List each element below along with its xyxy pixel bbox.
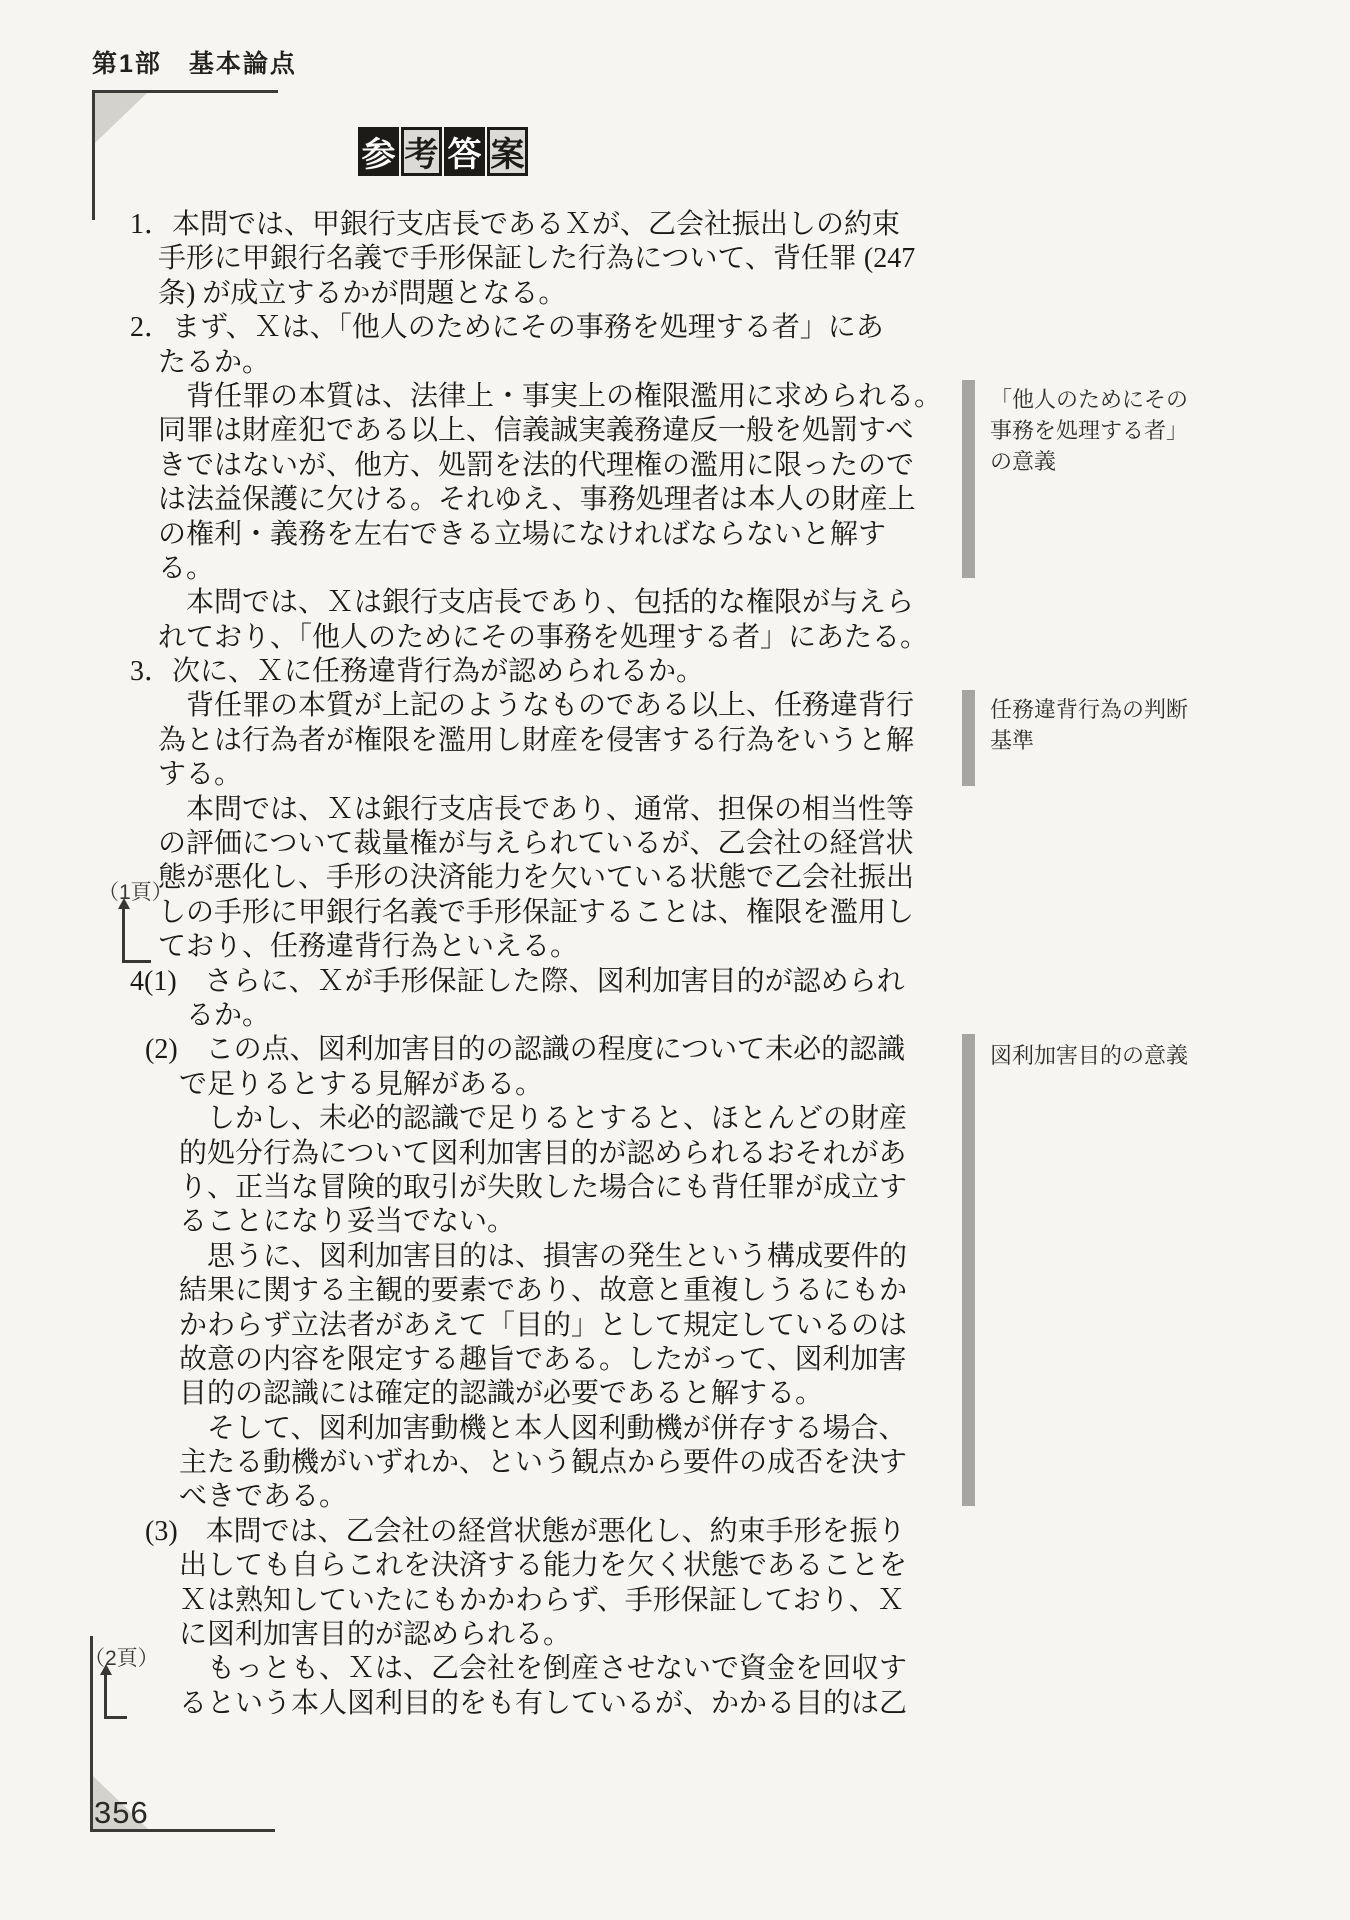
top-corner-rule-vertical	[92, 90, 95, 220]
body-line: 本問では、Ｘは銀行支店長であり、通常、担保の相当性等	[186, 793, 810, 827]
body-line: ており、任務違背行為といえる。	[158, 930, 810, 964]
body-line: 為とは行為者が権限を濫用し財産を侵害する行為をいうと解	[158, 724, 810, 758]
margin-note: 「他人のためにその 事務を処理する者」 の意義	[990, 384, 1200, 477]
body-line: 背任罪の本質は、法律上・事実上の権限濫用に求められる。	[186, 380, 810, 414]
body-line: かわらず立法者があえて「目的」として規定しているのは	[179, 1309, 810, 1343]
body-line: 的処分行為について図利加害目的が認められるおそれがあ	[179, 1137, 810, 1171]
chapter-header: 第1部 基本論点	[92, 44, 297, 80]
page-break-marker: （2頁）	[84, 1642, 159, 1672]
body-line: 2．まず、Ｘは、「他人のためにその事務を処理する者」にあ	[130, 311, 810, 345]
body-line: の評価について裁量権が与えられているが、乙会社の経営状	[158, 827, 810, 861]
body-line: 背任罪の本質が上記のようなものである以上、任務違背行	[186, 689, 810, 723]
page-break-arrow	[104, 1674, 127, 1719]
body-line: 3．次に、Ｘに任務違背行為が認められるか。	[130, 655, 810, 689]
body-line: きではないが、他方、処罰を法的代理権の濫用に限ったので	[158, 449, 810, 483]
body-line: 主たる動機がいずれか、という観点から要件の成否を決す	[179, 1446, 810, 1480]
margin-note-line: 事務を処理する者」	[990, 415, 1200, 446]
book-page: 第1部 基本論点 参 考 答 案 1．本問では、甲銀行支店長であるＸが、乙会社振…	[0, 0, 1350, 1920]
page-number: 356	[94, 1795, 149, 1831]
body-line: そして、図利加害動機と本人図利動機が併存する場合、	[207, 1412, 810, 1446]
body-line: 同罪は財産犯である以上、信義誠実義務違反一般を処罰すべ	[158, 414, 810, 448]
margin-note-line: の意義	[990, 446, 1200, 477]
title-char-box: 参	[358, 127, 399, 176]
body-line: 故意の内容を限定する趣旨である。したがって、図利加害	[179, 1343, 810, 1377]
page-break-marker: （1頁）	[98, 876, 173, 906]
title-char-box: 考	[401, 127, 442, 176]
body-line: もっとも、Ｘは、乙会社を倒産させないで資金を回収す	[207, 1652, 810, 1686]
body-line: しの手形に甲銀行名義で手形保証することは、権限を濫用し	[158, 896, 810, 930]
body-line: べきである。	[179, 1480, 810, 1514]
answer-body: 1．本問では、甲銀行支店長であるＸが、乙会社振出しの約束 手形に甲銀行名義で手形…	[130, 208, 810, 1721]
body-line: 条) が成立するかが問題となる。	[158, 277, 810, 311]
margin-note-bar	[962, 380, 975, 578]
body-line: する。	[158, 758, 810, 792]
top-corner-rule-horizontal	[92, 90, 278, 93]
body-line: は法益保護に欠ける。それゆえ、事務処理者は本人の財産上	[158, 483, 810, 517]
body-line: 目的の認識には確定的認識が必要であると解する。	[179, 1377, 810, 1411]
body-line: るか。	[186, 999, 810, 1033]
margin-note-line: 任務違背行為の判断	[990, 694, 1200, 725]
body-line: り、正当な冒険的取引が失敗した場合にも背任罪が成立す	[179, 1171, 810, 1205]
body-line: 結果に関する主観的要素であり、故意と重複しうるにもか	[179, 1274, 810, 1308]
bottom-corner-rule-vertical	[90, 1636, 93, 1832]
margin-note: 任務違背行為の判断 基準	[990, 694, 1200, 756]
body-line: ることになり妥当でない。	[179, 1205, 810, 1239]
body-line: の権利・義務を左右できる立場になければならないと解す	[158, 518, 810, 552]
body-line: たるか。	[158, 346, 810, 380]
title-char-box: 答	[444, 127, 485, 176]
body-line: 出しても自らこれを決済する能力を欠く状態であることを	[179, 1549, 810, 1583]
body-line: で足りるとする見解がある。	[179, 1068, 810, 1102]
title-char-box: 案	[487, 127, 528, 176]
body-line: る。	[158, 552, 810, 586]
margin-note-line: 「他人のためにその	[990, 384, 1200, 415]
page-break-arrow	[122, 908, 151, 963]
top-corner-triangle	[95, 93, 147, 143]
margin-note-bar	[962, 1034, 975, 1506]
body-line: るという本人図利目的をも有しているが、かかる目的は乙	[179, 1687, 810, 1721]
body-line: 思うに、図利加害目的は、損害の発生という構成要件的	[207, 1240, 810, 1274]
body-line: (3) 本問では、乙会社の経営状態が悪化し、約束手形を振り	[145, 1515, 810, 1549]
reference-answer-title: 参 考 答 案	[358, 127, 528, 176]
body-line: Ｘは熟知していたにもかかわらず、手形保証しており、Ｘ	[179, 1584, 810, 1618]
margin-note-line: 基準	[990, 725, 1200, 756]
body-line: 態が悪化し、手形の決済能力を欠いている状態で乙会社振出	[158, 861, 810, 895]
body-line: 4(1) さらに、Ｘが手形保証した際、図利加害目的が認められ	[130, 965, 810, 999]
body-line: 本問では、Ｘは銀行支店長であり、包括的な権限が与えら	[186, 586, 810, 620]
body-line: に図利加害目的が認められる。	[179, 1618, 810, 1652]
margin-note-bar	[962, 690, 975, 786]
body-line: しかし、未必的認識で足りるとすると、ほとんどの財産	[207, 1102, 810, 1136]
body-line: 手形に甲銀行名義で手形保証した行為について、背任罪 (247	[158, 242, 810, 276]
body-line: (2) この点、図利加害目的の認識の程度について未必的認識	[145, 1033, 810, 1067]
body-line: 1．本問では、甲銀行支店長であるＸが、乙会社振出しの約束	[130, 208, 810, 242]
body-line: れており、「他人のためにその事務を処理する者」にあたる。	[158, 621, 810, 655]
margin-note-line: 図利加害目的の意義	[990, 1040, 1200, 1071]
margin-note: 図利加害目的の意義	[990, 1040, 1200, 1071]
